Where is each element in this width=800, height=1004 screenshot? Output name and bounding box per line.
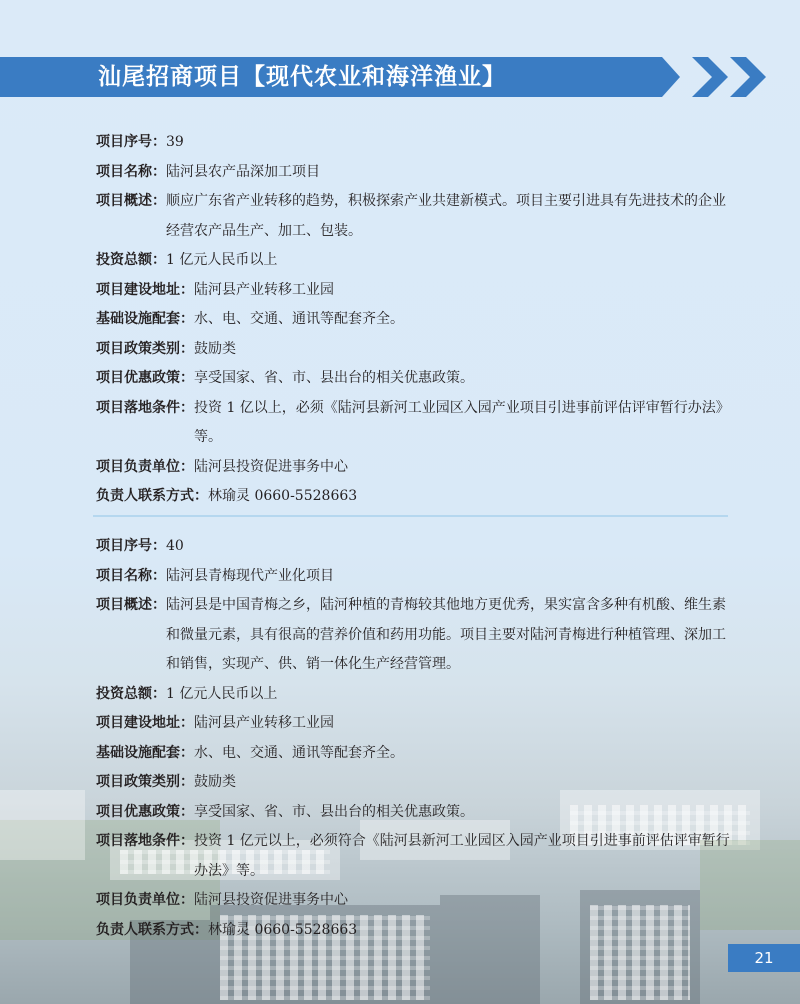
field-overview: 项目概述： 陆河县是中国青梅之乡，陆河种植的青梅较其他地方更优秀，果实富含多种有… xyxy=(96,591,736,680)
field-label: 负责人联系方式： xyxy=(96,916,208,946)
page-number: 21 xyxy=(728,944,800,972)
field-value: 林瑜灵 0660-5528663 xyxy=(208,916,736,946)
field-value: 40 xyxy=(166,532,736,562)
field-value: 陆河县产业转移工业园 xyxy=(194,276,736,306)
field-label: 项目优惠政策： xyxy=(96,364,194,394)
field-label: 项目负责单位： xyxy=(96,453,194,483)
field-policy-category: 项目政策类别： 鼓励类 xyxy=(96,335,736,365)
field-value: 陆河县投资促进事务中心 xyxy=(194,886,736,916)
field-label: 项目序号： xyxy=(96,532,166,562)
field-landing-conditions: 项目落地条件： 投资 1 亿以上，必须《陆河县新河工业园区入园产业项目引进事前评… xyxy=(96,394,736,453)
field-value: 水、电、交通、通讯等配套齐全。 xyxy=(194,305,736,335)
field-value: 投资 1 亿元以上，必须符合《陆河县新河工业园区入园产业项目引进事前评估评审暂行… xyxy=(194,827,736,886)
field-preferential-policy: 项目优惠政策： 享受国家、省、市、县出台的相关优惠政策。 xyxy=(96,364,736,394)
field-label: 项目名称： xyxy=(96,562,166,592)
field-investment-total: 投资总额： 1 亿元人民币以上 xyxy=(96,680,736,710)
field-overview: 项目概述： 顺应广东省产业转移的趋势，积极探索产业共建新模式。项目主要引进具有先… xyxy=(96,187,736,246)
field-value: 1 亿元人民币以上 xyxy=(166,680,736,710)
field-site-address: 项目建设地址： 陆河县产业转移工业园 xyxy=(96,709,736,739)
field-value: 鼓励类 xyxy=(194,768,736,798)
field-label: 基础设施配套： xyxy=(96,739,194,769)
field-label: 项目概述： xyxy=(96,591,166,680)
page-title: 汕尾招商项目【现代农业和海洋渔业】 xyxy=(98,57,506,97)
field-label: 项目负责单位： xyxy=(96,886,194,916)
field-value: 投资 1 亿以上，必须《陆河县新河工业园区入园产业项目引进事前评估评审暂行办法》… xyxy=(194,394,736,453)
field-label: 项目建设地址： xyxy=(96,276,194,306)
field-landing-conditions: 项目落地条件： 投资 1 亿元以上，必须符合《陆河县新河工业园区入园产业项目引进… xyxy=(96,827,736,886)
chevron-right-icon xyxy=(730,57,766,97)
field-value: 陆河县产业转移工业园 xyxy=(194,709,736,739)
field-label: 负责人联系方式： xyxy=(96,482,208,512)
field-value: 39 xyxy=(166,128,736,158)
field-value: 享受国家、省、市、县出台的相关优惠政策。 xyxy=(194,364,736,394)
field-infrastructure: 基础设施配套： 水、电、交通、通讯等配套齐全。 xyxy=(96,739,736,769)
field-label: 项目名称： xyxy=(96,158,166,188)
field-label: 投资总额： xyxy=(96,246,166,276)
field-value: 陆河县青梅现代产业化项目 xyxy=(166,562,736,592)
field-label: 项目落地条件： xyxy=(96,827,194,886)
field-serial-number: 项目序号： 39 xyxy=(96,128,736,158)
field-label: 项目概述： xyxy=(96,187,166,246)
chevron-right-icon xyxy=(692,57,728,97)
field-preferential-policy: 项目优惠政策： 享受国家、省、市、县出台的相关优惠政策。 xyxy=(96,798,736,828)
field-responsible-unit: 项目负责单位： 陆河县投资促进事务中心 xyxy=(96,453,736,483)
field-investment-total: 投资总额： 1 亿元人民币以上 xyxy=(96,246,736,276)
field-label: 项目落地条件： xyxy=(96,394,194,453)
field-project-name: 项目名称： 陆河县青梅现代产业化项目 xyxy=(96,562,736,592)
field-value: 享受国家、省、市、县出台的相关优惠政策。 xyxy=(194,798,736,828)
field-contact: 负责人联系方式： 林瑜灵 0660-5528663 xyxy=(96,482,736,512)
field-label: 基础设施配套： xyxy=(96,305,194,335)
field-label: 项目建设地址： xyxy=(96,709,194,739)
field-contact: 负责人联系方式： 林瑜灵 0660-5528663 xyxy=(96,916,736,946)
field-label: 项目序号： xyxy=(96,128,166,158)
project-card-39: 项目序号： 39 项目名称： 陆河县农产品深加工项目 项目概述： 顺应广东省产业… xyxy=(96,128,736,512)
field-value: 顺应广东省产业转移的趋势，积极探索产业共建新模式。项目主要引进具有先进技术的企业… xyxy=(166,187,736,246)
field-value: 鼓励类 xyxy=(194,335,736,365)
section-header: 汕尾招商项目【现代农业和海洋渔业】 xyxy=(0,57,800,97)
field-label: 项目政策类别： xyxy=(96,768,194,798)
section-divider xyxy=(93,515,728,517)
field-value: 陆河县投资促进事务中心 xyxy=(194,453,736,483)
field-label: 投资总额： xyxy=(96,680,166,710)
field-label: 项目政策类别： xyxy=(96,335,194,365)
field-label: 项目优惠政策： xyxy=(96,798,194,828)
field-site-address: 项目建设地址： 陆河县产业转移工业园 xyxy=(96,276,736,306)
field-infrastructure: 基础设施配套： 水、电、交通、通讯等配套齐全。 xyxy=(96,305,736,335)
field-serial-number: 项目序号： 40 xyxy=(96,532,736,562)
field-value: 林瑜灵 0660-5528663 xyxy=(208,482,736,512)
field-value: 1 亿元人民币以上 xyxy=(166,246,736,276)
project-card-40: 项目序号： 40 项目名称： 陆河县青梅现代产业化项目 项目概述： 陆河县是中国… xyxy=(96,532,736,945)
field-policy-category: 项目政策类别： 鼓励类 xyxy=(96,768,736,798)
field-value: 水、电、交通、通讯等配套齐全。 xyxy=(194,739,736,769)
field-responsible-unit: 项目负责单位： 陆河县投资促进事务中心 xyxy=(96,886,736,916)
field-value: 陆河县是中国青梅之乡，陆河种植的青梅较其他地方更优秀，果实富含多种有机酸、维生素… xyxy=(166,591,736,680)
field-value: 陆河县农产品深加工项目 xyxy=(166,158,736,188)
field-project-name: 项目名称： 陆河县农产品深加工项目 xyxy=(96,158,736,188)
